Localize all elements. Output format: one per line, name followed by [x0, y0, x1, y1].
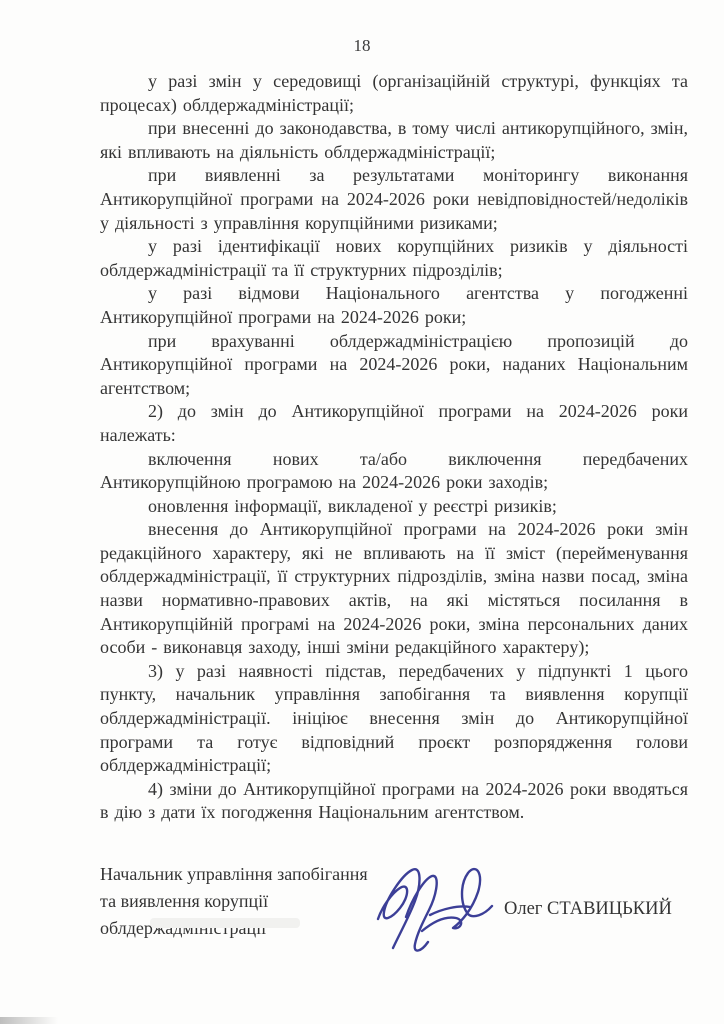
- handwritten-signature-icon: [372, 851, 512, 959]
- document-body: у разі змін у середовищі (організаційній…: [0, 70, 724, 825]
- paragraph: при врахуванні облдержадміністрацією про…: [100, 330, 688, 401]
- signer-name: Олег СТАВИЦЬКИЙ: [504, 899, 672, 920]
- paragraph: у разі відмови Національного агентства у…: [100, 282, 688, 329]
- paragraph: включення нових та/або виключення передб…: [100, 448, 688, 495]
- paragraph: при виявленні за результатами моніторинг…: [100, 164, 688, 235]
- paragraph: при внесенні до законодавства, в тому чи…: [100, 117, 688, 164]
- paragraph: 2) до змін до Антикорупційної програми н…: [100, 400, 688, 447]
- scan-artifact: [150, 918, 300, 928]
- document-page: 18 у разі змін у середовищі (організацій…: [0, 0, 724, 1024]
- page-number: 18: [0, 0, 724, 56]
- signer-position-line: та виявлення корупції: [100, 888, 368, 915]
- paragraph: у разі змін у середовищі (організаційній…: [100, 70, 688, 117]
- signature-block: Начальник управління запобігання та вияв…: [100, 853, 688, 1003]
- scan-artifact: [0, 1017, 58, 1024]
- paragraph: 3) у разі наявності підстав, передбачени…: [100, 660, 688, 778]
- paragraph: оновлення інформації, викладеної у реєст…: [100, 495, 688, 519]
- signer-position-line: Начальник управління запобігання: [100, 861, 368, 888]
- paragraph: у разі ідентифікації нових корупційних р…: [100, 235, 688, 282]
- paragraph: 4) зміни до Антикорупційної програми на …: [100, 778, 688, 825]
- signer-position: Начальник управління запобігання та вияв…: [100, 861, 368, 942]
- paragraph: внесення до Антикорупційної програми на …: [100, 518, 688, 660]
